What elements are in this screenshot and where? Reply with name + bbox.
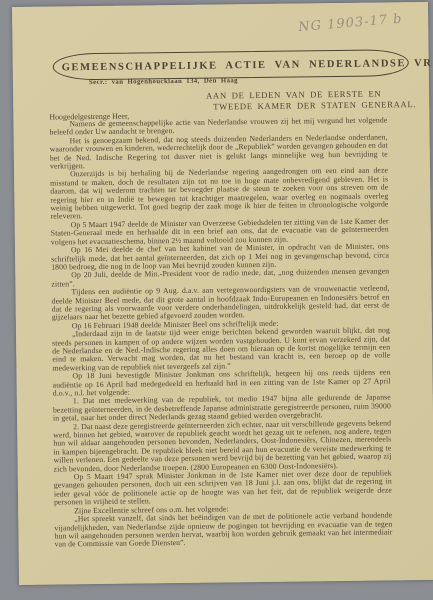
paragraph: 2. Dat naast deze geregistreerde geïnter… <box>53 419 392 474</box>
paragraph: „Het spreekt vanzelf, dat sinds het beëi… <box>54 511 392 549</box>
letter-page: NG 1903-17 b GEMEENSCHAPPELIJKE ACTIE VA… <box>12 2 433 585</box>
addressee-block: AAN DE LEDEN VAN DE EERSTE EN TWEEDE KAM… <box>206 88 416 113</box>
addressee-line-2: TWEEDE KAMER DER STATEN GENERAAL. <box>206 99 416 113</box>
paragraph: „Inderdaad zijn in de laatste tijd weer … <box>52 327 390 373</box>
archive-annotation-handwritten: NG 1903-17 b <box>297 12 402 36</box>
organization-name: GEMEENSCHAPPELIJKE ACTIE VAN NEDERLANDSE… <box>62 57 433 73</box>
paragraph: Het is genoegzaam bekend, dat nog steeds… <box>50 133 388 171</box>
scan-background: NG 1903-17 b GEMEENSCHAPPELIJKE ACTIE VA… <box>0 0 433 600</box>
secretary-address: Secr.: van Hogenhoucklaan 134, Den Haag <box>89 77 238 86</box>
paragraph: Onzerzijds is bij herhaling bij de Neder… <box>50 167 389 222</box>
paragraph: Tijdens een audiëntie op 9 Aug. d.a.v. a… <box>51 285 389 323</box>
paragraph: Op 5 Maart 1947 sprak Minister Jonkman i… <box>54 469 392 507</box>
letter-body: Namens de gemeenschappelijke actie van N… <box>49 116 392 549</box>
organization-name-banner: GEMEENSCHAPPELIJKE ACTIE VAN NEDERLANDSE… <box>53 49 409 80</box>
